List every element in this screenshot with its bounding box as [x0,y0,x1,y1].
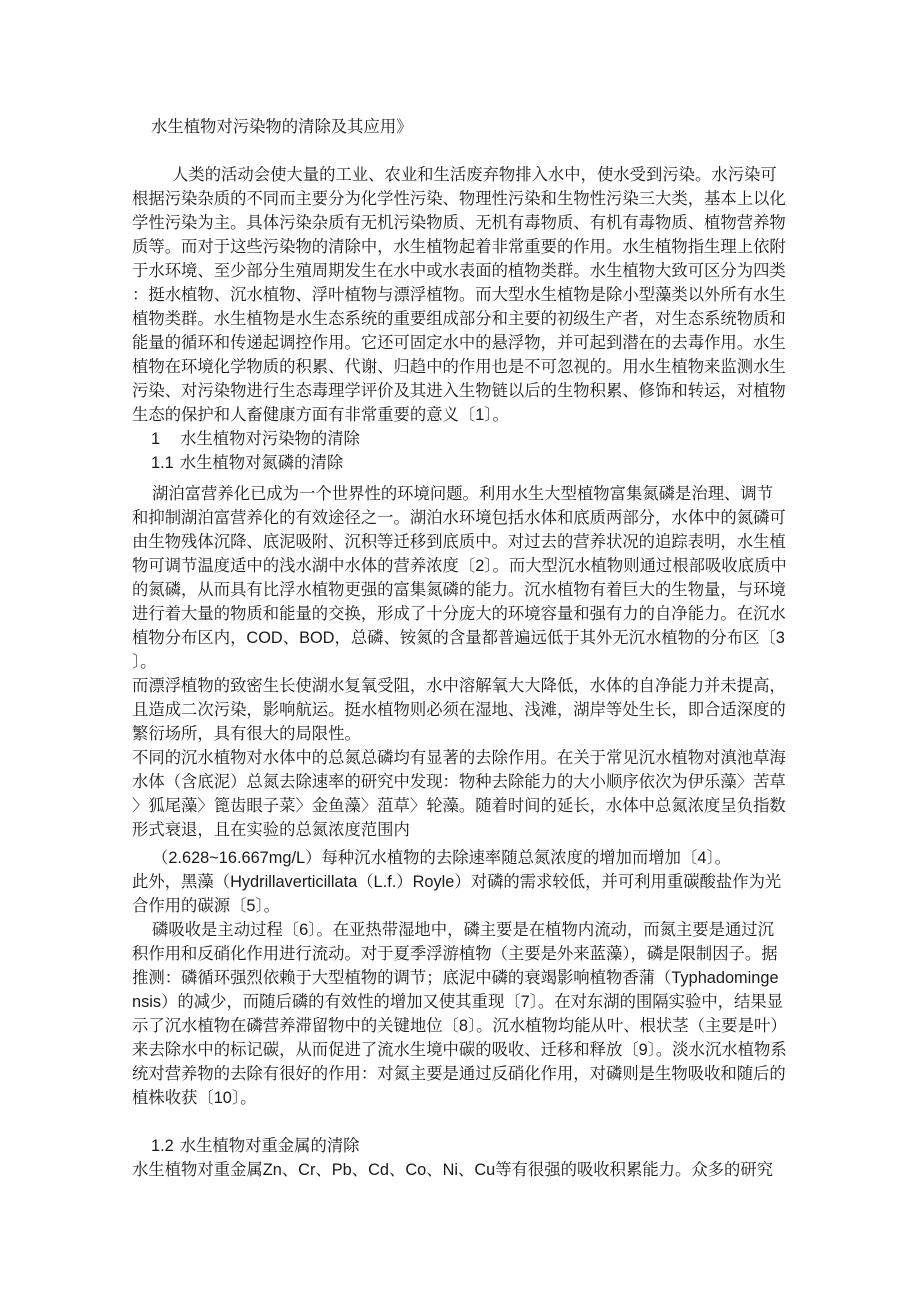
section-1-1-heading: 1.1水生植物对氮磷的清除 [132,451,787,475]
document-title: 水生植物对污染物的清除及其应用》 [132,115,787,139]
section-number: 1 [151,430,160,448]
paragraph-hydrilla: 此外，黑藻（Hydrillaverticillata（L.f.）Royle）对磷… [132,870,787,918]
paragraph-heavy-metals: 水生植物对重金属Zn、Cr、Pb、Cd、Co、Ni、Cu等有很强的吸收积累能力。… [132,1158,787,1182]
blank-line [132,139,787,163]
paragraph-species-removal: 不同的沉水植物对水体中的总氮总磷均有显著的去除作用。在关于常见沉水植物对滇池草海… [132,746,787,842]
blank-line [132,1110,787,1134]
section-1-2-heading: 1.2水生植物对重金属的清除 [132,1134,787,1158]
paragraph-lake-eutrophication: 湖泊富营养化已成为一个世界性的环境问题。利用水生大型植物富集氮磷是治理、调节和抑… [132,482,787,674]
paragraph-phosphorus-uptake: 磷吸收是主动过程〔6〕。在亚热带湿地中，磷主要是在植物内流动，而氮主要是通过沉积… [132,918,787,1110]
section-title: 水生植物对污染物的清除 [180,430,360,448]
document-page: 水生植物对污染物的清除及其应用》 人类的活动会使大量的工业、农业和生活废弃物排入… [0,0,920,1303]
paragraph-concentration-range: （2.628~16.667mg/L）每种沉水植物的去除速率随总氮浓度的增加而增加… [132,846,787,870]
section-1-heading: 1水生植物对污染物的清除 [132,427,787,451]
section-number: 1.2 [151,1137,174,1155]
paragraph-intro: 人类的活动会使大量的工业、农业和生活废弃物排入水中，使水受到污染。水污染可根据污… [132,163,787,427]
paragraph-floating-plants: 而漂浮植物的致密生长使湖水复氧受阻，水中溶解氧大大降低，水体的自净能力并未提高，… [132,674,787,746]
document-content: 水生植物对污染物的清除及其应用》 人类的活动会使大量的工业、农业和生活废弃物排入… [132,115,787,1182]
section-number: 1.1 [151,454,174,472]
section-title: 水生植物对重金属的清除 [180,1137,360,1155]
section-title: 水生植物对氮磷的清除 [180,454,343,472]
